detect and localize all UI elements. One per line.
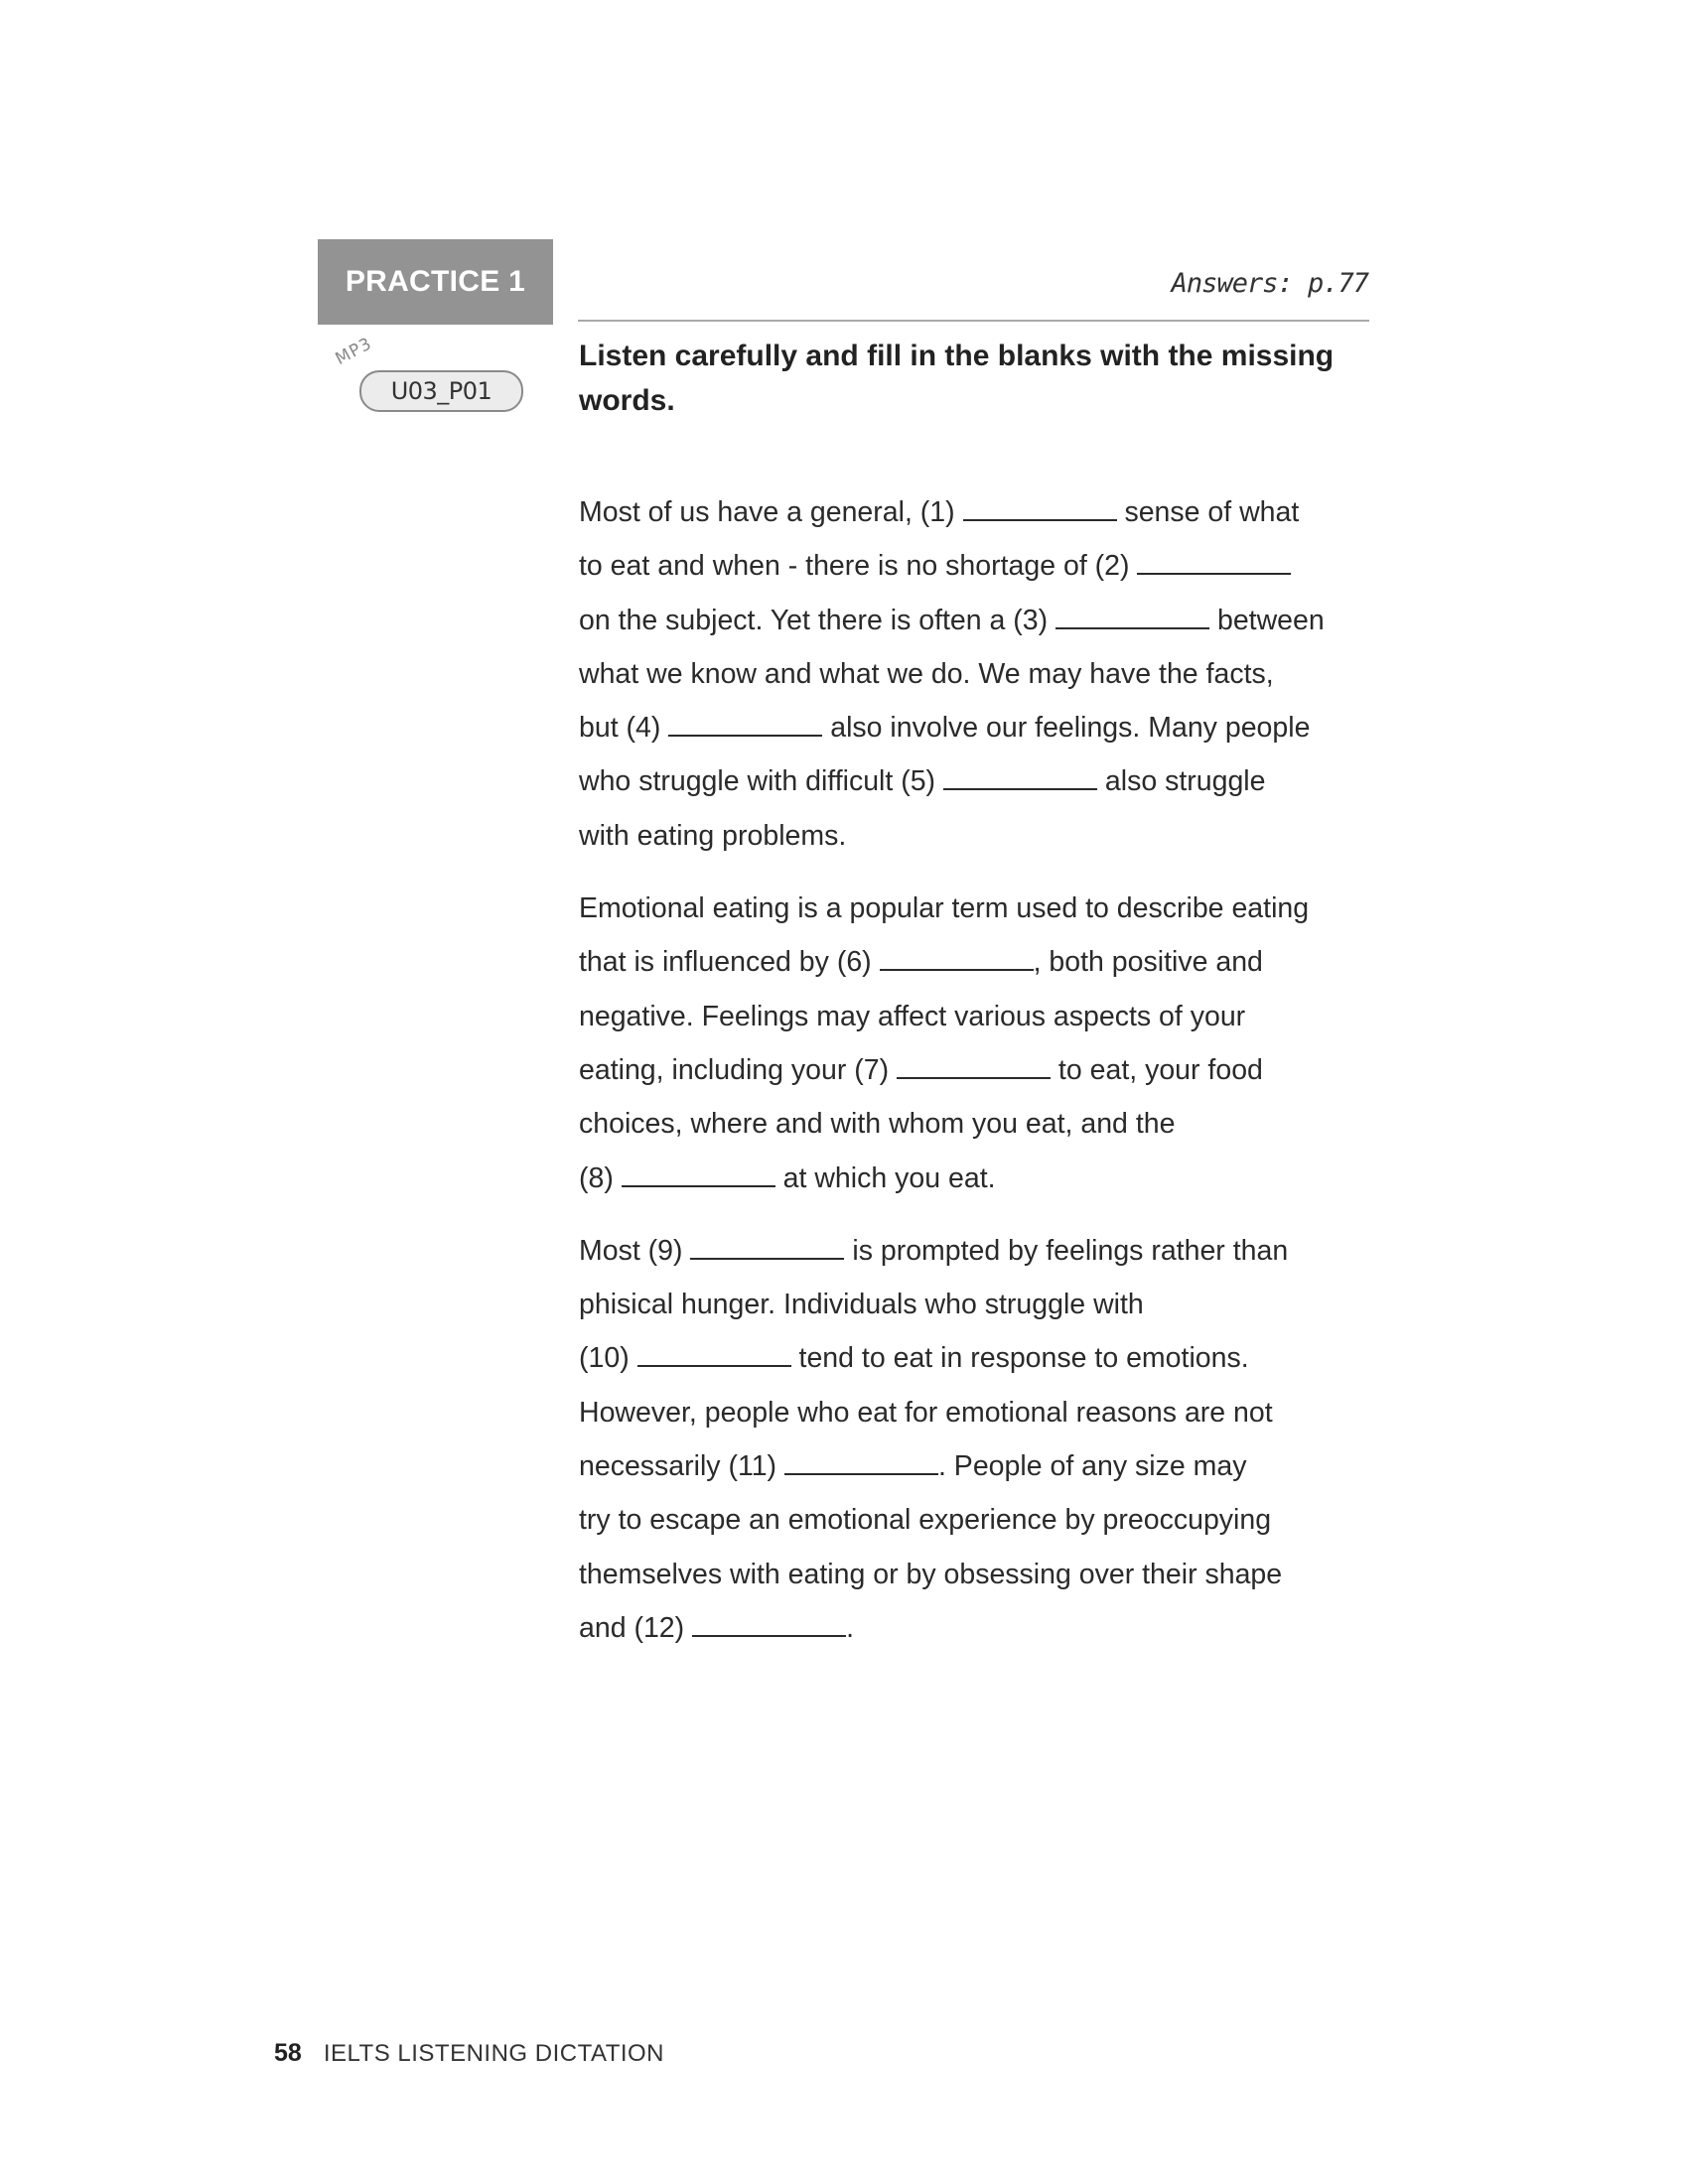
practice-heading: PRACTICE 1 (318, 239, 553, 325)
line-text: also involve our feelings. Many people (822, 712, 1310, 744)
line-text: negative. Feelings may affect various as… (579, 1001, 1245, 1032)
line-text: Most (9) (579, 1235, 690, 1267)
line-text: Emotional eating is a popular term used … (579, 892, 1309, 924)
audio-track-button[interactable]: U03_P01 (359, 370, 523, 412)
paragraph: Most (9) is prompted by feelings rather … (579, 1224, 1373, 1655)
audio-track-id: U03_P01 (391, 377, 492, 405)
line-text: phisical hunger. Individuals who struggl… (579, 1289, 1144, 1320)
line-text: , both positive and (1034, 946, 1263, 978)
line-text: . (846, 1612, 854, 1644)
paragraph: Most of us have a general, (1) sense of … (579, 485, 1373, 863)
line-text: try to escape an emotional experience by… (579, 1504, 1271, 1536)
blank-12[interactable] (692, 1613, 846, 1637)
passage-line: with eating problems. (579, 809, 1373, 863)
blank-2[interactable] (1137, 551, 1291, 575)
page-number: 58 (274, 2039, 302, 2068)
passage-line: who struggle with difficult (5) also str… (579, 754, 1373, 808)
line-text: However, people who eat for emotional re… (579, 1397, 1273, 1429)
line-text: sense of what (1117, 496, 1300, 528)
blank-5[interactable] (943, 766, 1097, 790)
passage-line: Most (9) is prompted by feelings rather … (579, 1224, 1373, 1278)
header-divider (578, 320, 1369, 322)
line-text: choices, where and with whom you eat, an… (579, 1108, 1175, 1140)
line-text: to eat, your food (1051, 1054, 1263, 1086)
passage-line: eating, including your (7) to eat, your … (579, 1043, 1373, 1097)
answers-reference: Answers: p.77 (1172, 268, 1368, 299)
passage-line: and (12) . (579, 1601, 1373, 1655)
blank-1[interactable] (963, 497, 1117, 521)
passage-line: to eat and when - there is no shortage o… (579, 539, 1373, 593)
line-text: tend to eat in response to emotions. (791, 1342, 1249, 1374)
passage-line: what we know and what we do. We may have… (579, 647, 1373, 701)
page-footer: 58 IELTS LISTENING DICTATION (274, 2039, 664, 2068)
line-text: between (1209, 605, 1325, 636)
blank-4[interactable] (668, 713, 822, 737)
passage-line: necessarily (11) . People of any size ma… (579, 1439, 1373, 1493)
blank-8[interactable] (622, 1163, 775, 1187)
line-text: eating, including your (7) (579, 1054, 897, 1086)
passage-line: themselves with eating or by obsessing o… (579, 1548, 1373, 1601)
passage-line: Emotional eating is a popular term used … (579, 882, 1373, 935)
line-text: and (12) (579, 1612, 692, 1644)
passage-line: choices, where and with whom you eat, an… (579, 1097, 1373, 1151)
blank-10[interactable] (637, 1343, 791, 1367)
passage-line: on the subject. Yet there is often a (3)… (579, 594, 1373, 647)
line-text: (10) (579, 1342, 637, 1374)
line-text: Most of us have a general, (1) (579, 496, 963, 528)
line-text: is prompted by feelings rather than (844, 1235, 1288, 1267)
book-title: IELTS LISTENING DICTATION (324, 2040, 664, 2068)
paragraph: Emotional eating is a popular term used … (579, 882, 1373, 1205)
blank-9[interactable] (690, 1236, 844, 1260)
passage-line: (10) tend to eat in response to emotions… (579, 1331, 1373, 1385)
line-text: to eat and when - there is no shortage o… (579, 550, 1137, 582)
line-text: at which you eat. (775, 1162, 996, 1194)
line-text: on the subject. Yet there is often a (3) (579, 605, 1055, 636)
blank-3[interactable] (1055, 606, 1209, 629)
passage-line: Most of us have a general, (1) sense of … (579, 485, 1373, 539)
blank-6[interactable] (880, 947, 1034, 971)
passage: Most of us have a general, (1) sense of … (579, 485, 1373, 1674)
passage-line: (8) at which you eat. (579, 1152, 1373, 1205)
passage-line: but (4) also involve our feelings. Many … (579, 701, 1373, 754)
line-text: necessarily (11) (579, 1450, 784, 1482)
passage-line: However, people who eat for emotional re… (579, 1386, 1373, 1439)
mp3-icon: MP3 (333, 334, 376, 369)
blank-11[interactable] (784, 1451, 938, 1475)
line-text: who struggle with difficult (5) (579, 765, 943, 797)
line-text: (8) (579, 1162, 622, 1194)
line-text: . People of any size may (938, 1450, 1247, 1482)
line-text: what we know and what we do. We may have… (579, 658, 1274, 690)
blank-7[interactable] (897, 1055, 1051, 1079)
line-text: with eating problems. (579, 820, 846, 852)
instruction-text: Listen carefully and fill in the blanks … (579, 334, 1383, 423)
line-text: also struggle (1097, 765, 1266, 797)
passage-line: phisical hunger. Individuals who struggl… (579, 1278, 1373, 1331)
line-text: that is influenced by (6) (579, 946, 880, 978)
line-text: but (4) (579, 712, 668, 744)
passage-line: negative. Feelings may affect various as… (579, 990, 1373, 1043)
line-text: themselves with eating or by obsessing o… (579, 1559, 1282, 1590)
passage-line: try to escape an emotional experience by… (579, 1493, 1373, 1547)
passage-line: that is influenced by (6) , both positiv… (579, 935, 1373, 989)
